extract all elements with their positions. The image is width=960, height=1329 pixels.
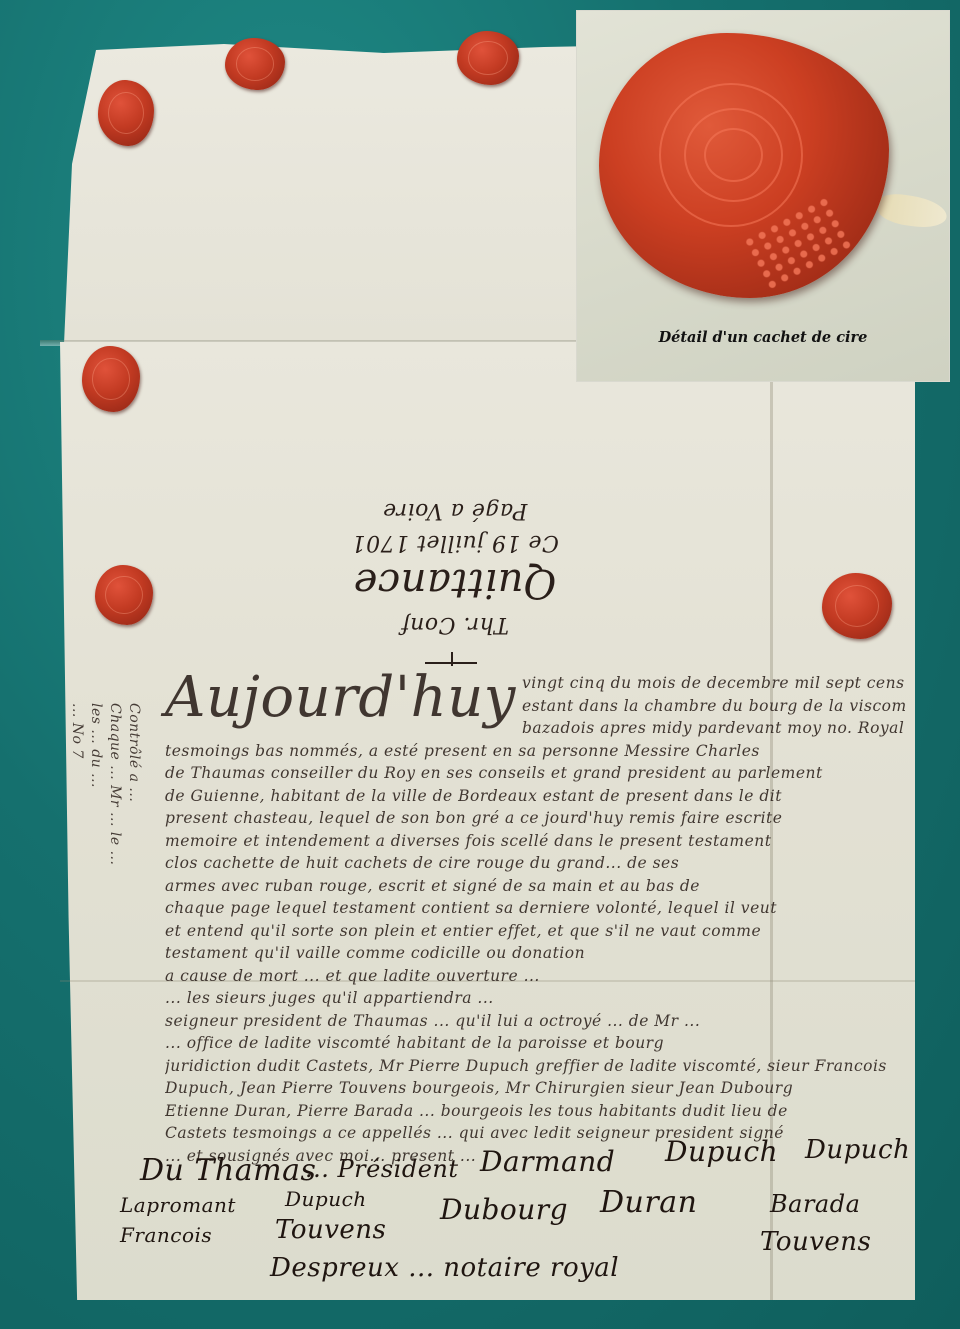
margin-line: ... No 7 <box>67 703 86 1153</box>
body-line: estant dans la chambre du bourg de la vi… <box>522 695 905 718</box>
signatures-block: Du Thamas ... Président Darmand Dupuch D… <box>120 1135 920 1295</box>
signature: Duran <box>600 1185 697 1220</box>
ribbon-fiber <box>875 191 948 230</box>
signature: Francois <box>120 1223 212 1247</box>
inset-caption: Détail d'un cachet de cire <box>577 329 949 346</box>
signature: Du Thamas <box>140 1153 316 1188</box>
margin-line: Contrôlé a ... <box>124 703 143 1153</box>
wax-seal-top-center-right <box>457 31 519 85</box>
photograph: Thr. Conf Quittance Ce 19 juillet 1701 P… <box>0 0 960 1329</box>
seal-detail-inset: Détail d'un cachet de cire <box>576 10 950 382</box>
signature: Dupuch <box>665 1135 778 1168</box>
signature: Dupuch <box>285 1187 367 1211</box>
signature: Dupuch <box>805 1135 910 1165</box>
body-line: memoire et intendement a diverses fois s… <box>165 830 905 853</box>
margin-note: Contrôlé a ... Chaque ... Mr ... le ... … <box>67 703 143 1153</box>
body-line: present chasteau, lequel de son bon gré … <box>165 807 905 830</box>
wax-seal-top-center-left <box>225 38 285 90</box>
wax-seal-closeup <box>599 33 889 298</box>
body-line: Etienne Duran, Pierre Barada ... bourgeo… <box>165 1100 905 1123</box>
body-line: tesmoings bas nommés, a esté present en … <box>165 740 905 763</box>
body-line: bazadois apres midy pardevant moy no. Ro… <box>522 717 905 740</box>
address-line: Thr. Conf <box>310 608 600 640</box>
body-line: vingt cinq du mois de decembre mil sept … <box>522 672 905 695</box>
wax-seal-middle-left <box>95 565 153 625</box>
cross-mark <box>425 662 477 664</box>
signature: Despreux ... notaire royal <box>270 1253 619 1283</box>
wax-seal-fold-left <box>82 346 140 412</box>
signature: Dubourg <box>440 1193 568 1226</box>
signature: Darmand <box>480 1145 615 1178</box>
body-line: armes avec ruban rouge, escrit et signé … <box>165 875 905 898</box>
opening-word: Aujourd'huy <box>165 678 516 718</box>
address-line: Ce 19 juillet 1701 <box>310 526 600 558</box>
signature: ... Président <box>305 1155 459 1183</box>
body-line: de Thaumas conseiller du Roy en ses cons… <box>165 762 905 785</box>
body-line: et entend qu'il sorte son plein et entie… <box>165 920 905 943</box>
signature: Touvens <box>760 1227 871 1257</box>
body-line: testament qu'il vaille comme codicille o… <box>165 942 905 965</box>
body-line: clos cachette de huit cachets de cire ro… <box>165 852 905 875</box>
address-line: Quittance <box>310 558 600 608</box>
address-line: Pagé a Voire <box>310 494 600 526</box>
body-line: ... les sieurs juges qu'il appartiendra … <box>165 987 905 1010</box>
wax-seal-top-left <box>98 80 154 146</box>
body-line: juridiction dudit Castets, Mr Pierre Dup… <box>165 1055 905 1078</box>
margin-line: les ... du ... <box>86 703 105 1153</box>
document-body: Aujourd'huy vingt cinq du mois de decemb… <box>165 672 905 1167</box>
body-line: ... office de ladite viscomté habitant d… <box>165 1032 905 1055</box>
signature: Barada <box>770 1190 860 1218</box>
body-line: seigneur president de Thaumas ... qu'il … <box>165 1010 905 1033</box>
margin-line: Chaque ... Mr ... le ... <box>105 703 124 1153</box>
body-line: a cause de mort ... et que ladite ouvert… <box>165 965 905 988</box>
address-block: Thr. Conf Quittance Ce 19 juillet 1701 P… <box>310 480 600 640</box>
body-line: chaque page lequel testament contient sa… <box>165 897 905 920</box>
signature: Lapromant <box>120 1193 236 1217</box>
signature: Touvens <box>275 1215 386 1245</box>
body-line: Dupuch, Jean Pierre Touvens bourgeois, M… <box>165 1077 905 1100</box>
body-line: de Guienne, habitant de la ville de Bord… <box>165 785 905 808</box>
wax-seal-middle-right <box>822 573 892 639</box>
